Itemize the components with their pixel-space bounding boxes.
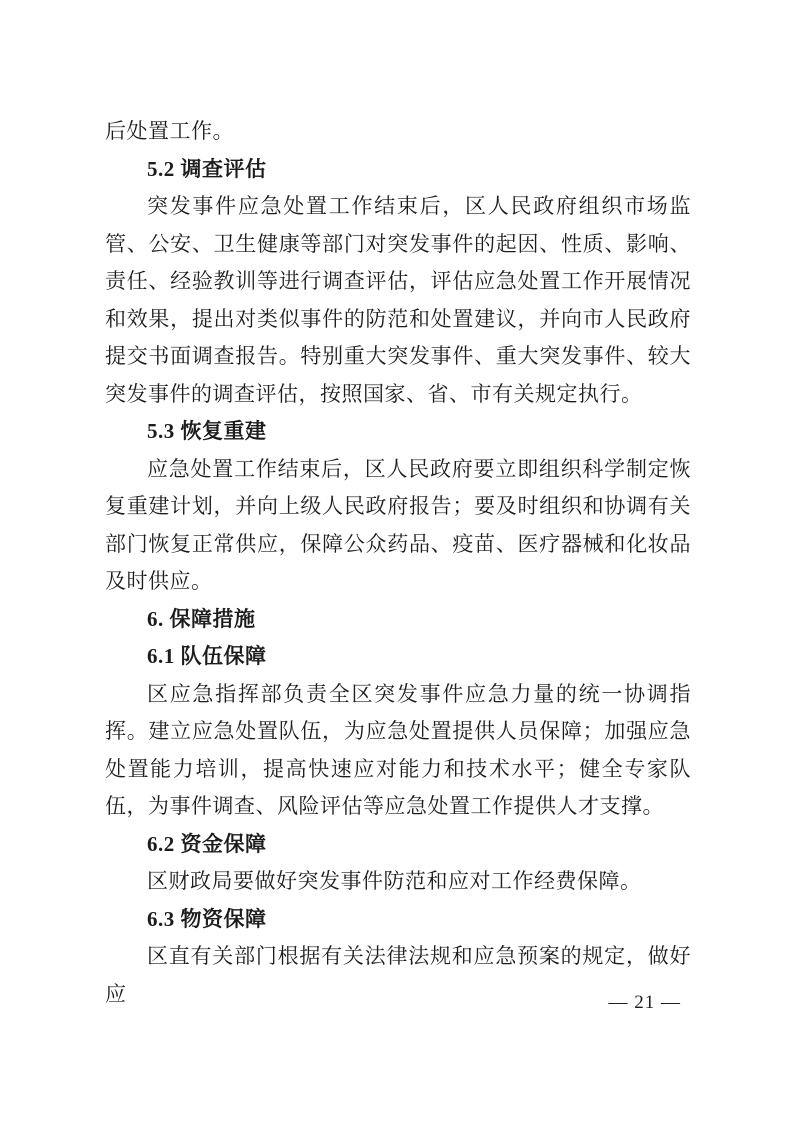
section-heading-5-2: 5.2 调查评估 — [105, 151, 691, 189]
section-heading-6-1: 6.1 队伍保障 — [105, 638, 691, 676]
section-heading-6-2: 6.2 资金保障 — [105, 826, 691, 864]
document-page: 后处置工作。 5.2 调查评估 突发事件应急处置工作结束后，区人民政府组织市场监… — [0, 0, 793, 1122]
section-heading-6: 6. 保障措施 — [105, 601, 691, 639]
paragraph-continuation: 后处置工作。 — [105, 113, 691, 151]
paragraph-funding-support: 区财政局要做好突发事件防范和应对工作经费保障。 — [105, 863, 691, 901]
paragraph-recovery: 应急处置工作结束后，区人民政府要立即组织科学制定恢复重建计划，并向上级人民政府报… — [105, 451, 691, 601]
paragraph-investigation: 突发事件应急处置工作结束后，区人民政府组织市场监管、公安、卫生健康等部门对突发事… — [105, 188, 691, 413]
section-heading-6-3: 6.3 物资保障 — [105, 901, 691, 939]
document-body: 后处置工作。 5.2 调查评估 突发事件应急处置工作结束后，区人民政府组织市场监… — [105, 113, 691, 1013]
paragraph-team-support: 区应急指挥部负责全区突发事件应急力量的统一协调指挥。建立应急处置队伍，为应急处置… — [105, 676, 691, 826]
section-heading-5-3: 5.3 恢复重建 — [105, 413, 691, 451]
page-number: — 21 — — [609, 991, 682, 1015]
paragraph-material-support: 区直有关部门根据有关法律法规和应急预案的规定，做好应 — [105, 938, 691, 1013]
